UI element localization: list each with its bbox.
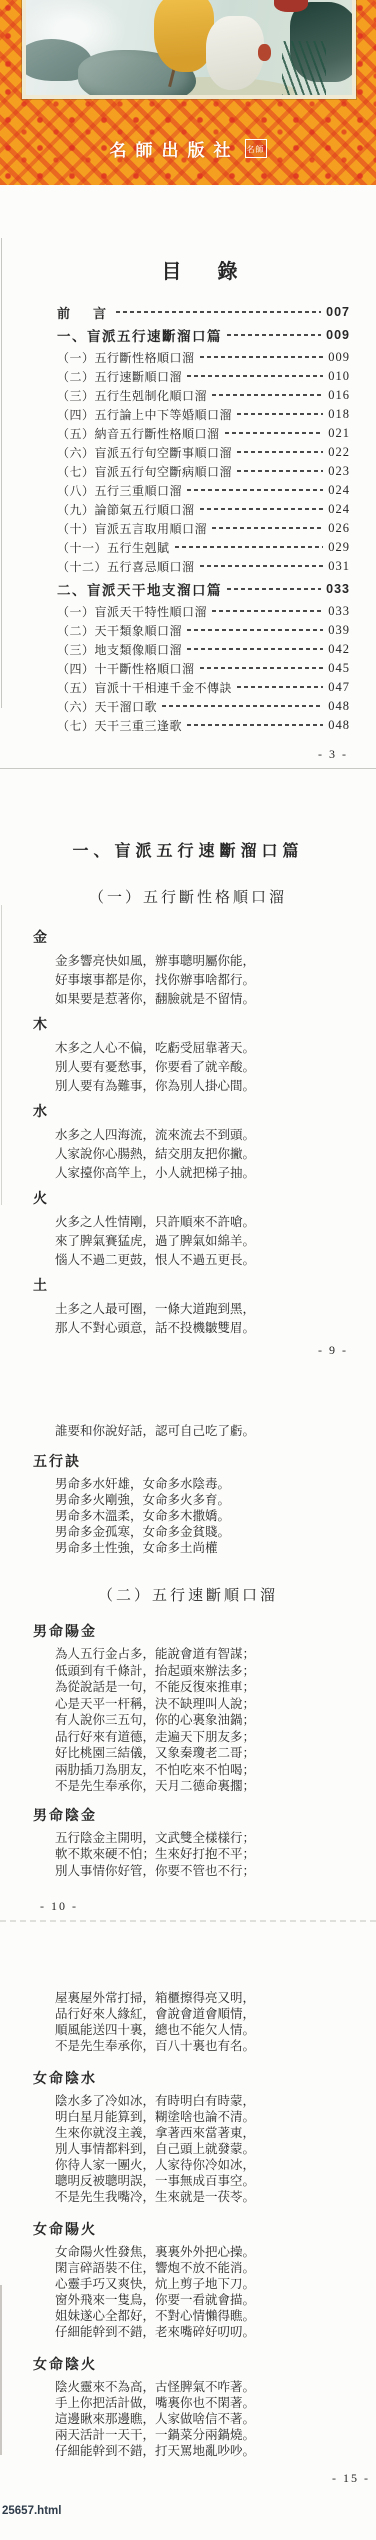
chapter-title: 一、盲派五行速斷溜口篇 [0, 838, 376, 861]
toc-entry: （八）五行三重順口溜 024 [57, 482, 350, 498]
section-title: （一）五行斷性格順口溜 [0, 886, 376, 907]
toc-entry-label: （二）天干類象順口溜 [57, 622, 182, 639]
dash-leader [200, 356, 324, 358]
dash-leader [200, 667, 324, 669]
female-yin-fire-heading: 女命陰火 [0, 2354, 376, 2374]
verse-text: 為人五行金占多，能說會道有智謀； 低頭到有千條計，抬起頭來辦法多； 為從說話是一… [0, 1646, 376, 1795]
toc-entry-label: 一、盲派五行速斷溜口篇 [57, 325, 222, 345]
publisher-name: 名師出版社 [110, 141, 240, 160]
toc-entry-label: （九）論節氣五行順口溜 [57, 501, 195, 518]
element-heading-metal: 金 [0, 927, 376, 947]
toc-entry-page: 048 [328, 699, 350, 714]
verse-text: 火多之人性情剛，只許順來不許嗆。 來了脾氣賽猛虎，過了脾氣如綿羊。 惱人不過二更… [0, 1213, 376, 1270]
toc-entry: （一）五行斷性格順口溜 009 [57, 349, 350, 365]
toc-entry: （九）論節氣五行順口溜 024 [57, 501, 350, 517]
publisher-seal: 名師 [245, 139, 267, 158]
toc-entry-label: （七）盲派五行旬空斷病順口溜 [57, 463, 232, 480]
male-yang-metal-heading: 男命陽金 [0, 1621, 376, 1641]
dash-leader [212, 610, 323, 612]
toc-entry-page: 009 [326, 328, 350, 342]
toc-entry: 一、盲派五行速斷溜口篇 009 [57, 327, 350, 343]
verse-text: 木多之人心不偏，吃虧受屈靠著天。 別人要有憂愁事，你要看了就辛酸。 別人要有為難… [0, 1039, 376, 1096]
toc-entry-page: 033 [326, 582, 350, 596]
toc-entry: （三）五行生剋制化順口溜 016 [57, 387, 350, 403]
toc-entry-label: （十二）五行喜忌順口溜 [57, 558, 195, 575]
toc-entry: （十二）五行喜忌順口溜 031 [57, 558, 350, 574]
toc-entry: （十一）五行生剋賦 029 [57, 539, 350, 555]
toc-entry: （三）地支類像順口溜 042 [57, 641, 350, 657]
verse-text: 屋裏屋外常打掃，箱櫃擦得亮又明， 品行好來人緣紅，會說會道會順情， 順風能送四十… [0, 1990, 376, 2054]
toc-entry: （四）十干斷性格順口溜 045 [57, 660, 350, 676]
toc-entry-page: 031 [328, 559, 350, 574]
small-red-figure [258, 44, 271, 61]
toc-entry-label: （八）五行三重順口溜 [57, 482, 182, 499]
toc-entry-page: 018 [328, 407, 350, 422]
toc-entry: （十）盲派五言取用順口溜 026 [57, 520, 350, 536]
dash-leader [162, 705, 323, 707]
book-page-9: 一、盲派五行速斷溜口篇 （一）五行斷性格順口溜 金 金多響亮快如風，辦事聰明屬你… [0, 838, 376, 1358]
toc-entry: （四）五行論上中下等婚順口溜 018 [57, 406, 350, 422]
element-heading-water: 水 [0, 1101, 376, 1121]
toc-entry-page: 021 [328, 426, 350, 441]
yellow-robed-figure [154, 0, 214, 72]
dash-leader [237, 470, 323, 472]
toc-entry-label: （三）地支類像順口溜 [57, 641, 182, 658]
toc-entry: 二、盲派天干地支溜口篇 033 [57, 581, 350, 597]
toc-entry-label: （一）五行斷性格順口溜 [57, 349, 195, 366]
toc-entry: （一）盲派天干特性順口溜 033 [57, 603, 350, 619]
dash-leader [187, 648, 323, 650]
element-heading-wood: 木 [0, 1014, 376, 1034]
toc-entry-page: 010 [328, 369, 350, 384]
toc-entry-label: 前 言 [57, 303, 111, 322]
verse-text: 土多之人最可圈，一條大道跑到黑， 那人不對心頭意，話不投機皺雙眉。 [0, 1300, 376, 1338]
page-number: - 15 - [0, 2471, 376, 2486]
verse-text: 五行陰金主開明，文武雙全樣樣行； 軟不欺來硬不怕；生來好打抱不平； 別人事情你好… [0, 1830, 376, 1880]
book-cover-image[interactable]: 名師出版社 名師 [0, 0, 376, 185]
toc-entry-page: 039 [328, 623, 350, 638]
toc-title: 目 錄 [57, 255, 350, 284]
dash-leader [227, 334, 321, 336]
toc-entry-page: 033 [328, 604, 350, 619]
toc-entry-label: （十）盲派五言取用順口溜 [57, 520, 207, 537]
dash-leader [237, 451, 323, 453]
toc-entry-label: （六）盲派五行旬空斷事順口溜 [57, 444, 232, 461]
toc-entry: 前 言 007 [57, 304, 350, 320]
page-number: - 10 - [0, 1899, 376, 1914]
toc-entry-page: 024 [328, 483, 350, 498]
dash-leader [225, 432, 324, 434]
toc-entry: （六）天干溜口歌 048 [57, 698, 350, 714]
page-number: - 3 - [57, 747, 350, 762]
toc-entry-page: 045 [328, 661, 350, 676]
verse-text: 陰水多了冷如冰，有時明白有時蒙， 明白星月能算到，糊塗啥也論不清。 生來你就沒主… [0, 2093, 376, 2205]
toc-entry-label: （十一）五行生剋賦 [57, 539, 170, 556]
verse-text: 水多之人四海流，流來流去不到頭。 人家說你心腸熱，結交朋友把你撇。 人家擡你高竿… [0, 1126, 376, 1183]
toc-entry-label: （五）納音五行斷性格順口溜 [57, 425, 220, 442]
toc-entry-page: 023 [328, 464, 350, 479]
toc-entry-page: 016 [328, 388, 350, 403]
page-separator [0, 768, 376, 769]
dash-leader [175, 546, 324, 548]
cover-painting [26, 0, 352, 95]
toc-page: 目 錄 前 言 007 一、盲派五行速斷溜口篇 009 （一）五行斷性格順口溜 … [57, 255, 350, 762]
book-page-15: 屋裏屋外常打掃，箱櫃擦得亮又明， 品行好來人緣紅，會說會道會順情， 順風能送四十… [0, 1990, 376, 2486]
dash-leader [187, 489, 323, 491]
toc-entry-label: （二）五行速斷順口溜 [57, 368, 182, 385]
toc-entry: （六）盲派五行旬空斷事順口溜 022 [57, 444, 350, 460]
verse-text: 陰火靈來不為高，古怪脾氣不咋著。 手上你把活計做，嘴裏你也不閑著。 這邊瞅來那邊… [0, 2379, 376, 2459]
toc-entry-label: （五）盲派十干相連千金不傳訣 [57, 679, 232, 696]
toc-entry: （七）天干三重三逢歌 048 [57, 717, 350, 733]
page-number: - 9 - [0, 1343, 376, 1358]
dash-leader [237, 413, 323, 415]
toc-entry-page: 047 [328, 680, 350, 695]
status-bar-link-url: 25657.html [2, 2505, 61, 2517]
toc-entry: （五）納音五行斷性格順口溜 021 [57, 425, 350, 441]
wuxing-jue-heading: 五行訣 [0, 1451, 376, 1471]
toc-entry-page: 022 [328, 445, 350, 460]
cover-painting-frame [22, 0, 356, 99]
dash-leader [212, 394, 323, 396]
toc-entry-page: 048 [328, 718, 350, 733]
toc-entry-page: 029 [328, 540, 350, 555]
toc-entry-label: （六）天干溜口歌 [57, 698, 157, 715]
dash-leader [237, 686, 323, 688]
toc-entry-page: 042 [328, 642, 350, 657]
toc-entry-label: （四）五行論上中下等婚順口溜 [57, 406, 232, 423]
pine-branch-shape [282, 41, 326, 95]
dash-leader [187, 375, 323, 377]
toc-entry-page: 009 [328, 350, 350, 365]
white-robed-figure [206, 16, 264, 90]
female-yin-water-heading: 女命陰水 [0, 2068, 376, 2088]
verse-text: 女命陽火性發焦，裏裏外外把心操。 閑言碎語裝不住，響炮不放不能消。 心靈手巧又爽… [0, 2244, 376, 2340]
element-heading-fire: 火 [0, 1188, 376, 1208]
toc-entry-label: （七）天干三重三逢歌 [57, 717, 182, 734]
toc-entry: （二）五行速斷順口溜 010 [57, 368, 350, 384]
female-yang-fire-heading: 女命陽火 [0, 2219, 376, 2239]
book-page-10: 誰要和你說好話，認可自己吃了虧。 五行訣 男命多水奸雄，女命多水陰毒。 男命多火… [0, 1421, 376, 1914]
toc-entry-page: 026 [328, 521, 350, 536]
verse-text: 誰要和你說好話，認可自己吃了虧。 [0, 1421, 376, 1439]
section-title: （二）五行速斷順口溜 [0, 1584, 376, 1605]
verse-text: 金多響亮快如風，辦事聰明屬你能， 好事壞事都是你，找你辦事啥都行。 如果要是惹著… [0, 952, 376, 1009]
toc-entry-label: （三）五行生剋制化順口溜 [57, 387, 207, 404]
scan-artifact-line [1, 238, 2, 708]
dash-leader [227, 588, 321, 590]
toc-entry: （二）天干類象順口溜 039 [57, 622, 350, 638]
verse-text: 男命多水奸雄，女命多水陰毒。 男命多火剛強，女命多火多育。 男命多木溫柔，女命多… [0, 1476, 376, 1556]
page-separator [0, 1920, 376, 1922]
red-detail-shape [274, 0, 308, 12]
dash-leader [187, 629, 323, 631]
toc-entry-page: 007 [326, 305, 350, 319]
toc-entry: （五）盲派十干相連千金不傳訣 047 [57, 679, 350, 695]
dash-leader [200, 565, 324, 567]
dash-leader [200, 508, 324, 510]
dash-leader [116, 311, 321, 313]
toc-entry-label: 二、盲派天干地支溜口篇 [57, 579, 222, 599]
dash-leader [212, 527, 323, 529]
toc-entry-label: （一）盲派天干特性順口溜 [57, 603, 207, 620]
toc-entry-page: 024 [328, 502, 350, 517]
male-yin-metal-heading: 男命陰金 [0, 1805, 376, 1825]
publisher-row: 名師出版社 名師 [0, 136, 376, 161]
element-heading-earth: 土 [0, 1275, 376, 1295]
dash-leader [187, 724, 323, 726]
toc-entry: （七）盲派五行旬空斷病順口溜 023 [57, 463, 350, 479]
toc-entry-label: （四）十干斷性格順口溜 [57, 660, 195, 677]
